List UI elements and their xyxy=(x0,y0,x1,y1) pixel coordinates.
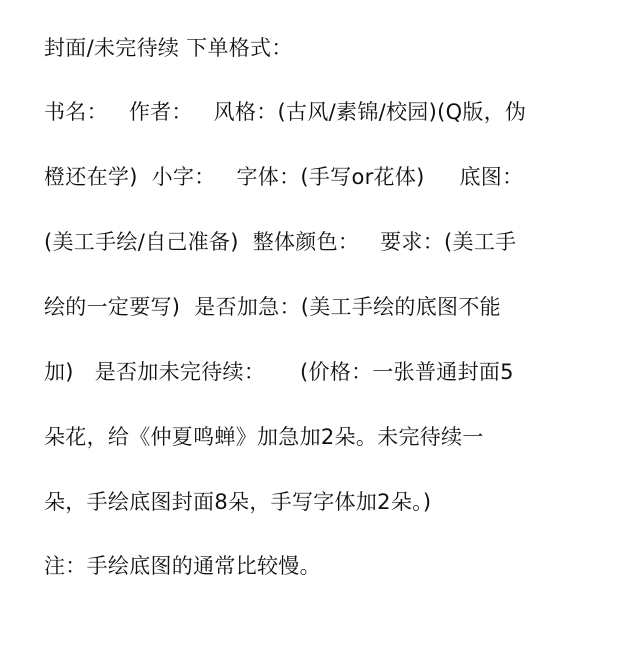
field-line-1: 书名： 作者： 风格：(古风/素锦/校园)(Q版，伪 xyxy=(44,98,526,126)
field-line-2: 橙还在学) 小字： 字体：(手写or花体) 底图： xyxy=(44,163,523,191)
title-line: 封面/未完待续 下单格式： xyxy=(44,34,293,62)
note-line: 注：手绘底图的通常比较慢。 xyxy=(44,552,321,580)
field-line-4: 绘的一定要写) 是否加急：(美工手绘的底图不能 xyxy=(44,293,501,321)
price-line-2: 朵，手绘底图封面8朵，手写字体加2朵。) xyxy=(44,488,431,516)
field-line-3: (美工手绘/自己准备) 整体颜色： 要求：(美工手 xyxy=(44,228,516,256)
price-line-1: 朵花，给《仲夏鸣蝉》加急加2朵。未完待续一 xyxy=(44,423,484,451)
field-line-5: 加) 是否加未完待续： (价格：一张普通封面5 xyxy=(44,358,514,386)
